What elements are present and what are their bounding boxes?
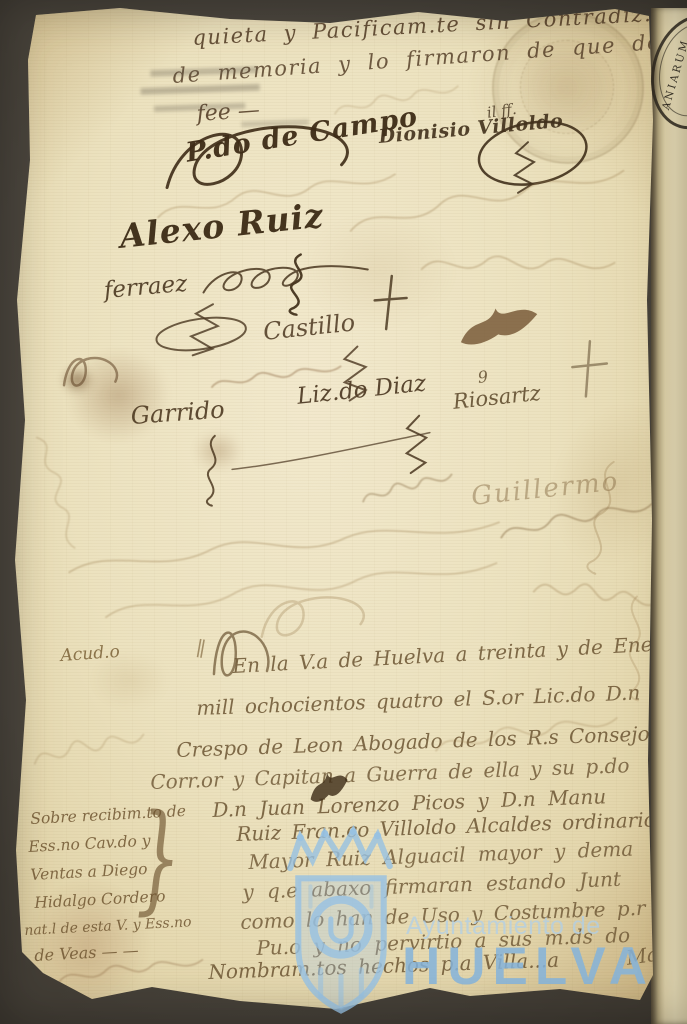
ghostline-ink-mark xyxy=(55,950,207,998)
signature-riosartz: Riosartz xyxy=(452,383,542,413)
margin-label-acuerdo: Acud.o xyxy=(60,644,120,665)
ghostline-ink-mark xyxy=(416,236,619,305)
swirl-ink-mark xyxy=(58,347,124,400)
ghostline-ink-mark xyxy=(30,720,149,788)
margin-label-marks: ∥ xyxy=(195,638,208,659)
underline-ink-mark xyxy=(228,428,434,474)
oval-ink-mark xyxy=(150,308,252,359)
bird-ink-mark xyxy=(452,293,552,353)
signature-ferraez: ferraez xyxy=(103,273,188,303)
bird-ink-mark xyxy=(306,763,355,808)
cross-ink-mark xyxy=(562,338,616,400)
main-text-line-8: y q.e abaxo firmaran estando Junt xyxy=(242,869,621,902)
hispaniarum-ink-stamp: ANIARUM xyxy=(646,12,687,132)
margin-note-line-3: Ventas a Diego xyxy=(30,862,148,884)
pendant-ink-mark xyxy=(194,432,232,508)
bar-ink-mark xyxy=(138,82,262,97)
handwriting-layer: quieta y Pacificam.te sin Contradiz.onde… xyxy=(0,0,687,1024)
manuscript-page: quieta y Pacificam.te sin Contradiz.onde… xyxy=(0,0,687,1024)
signature-riosartz-super: 9 xyxy=(477,369,489,386)
margin-note-brace: } xyxy=(136,798,181,916)
cross-ink-mark xyxy=(364,272,416,333)
manuscript-scan: quieta y Pacificam.te sin Contradiz.onde… xyxy=(0,0,687,1024)
margin-note-line-2: Ess.no Cav.do y xyxy=(28,834,151,856)
signature-garrido: Garrido xyxy=(130,397,225,427)
